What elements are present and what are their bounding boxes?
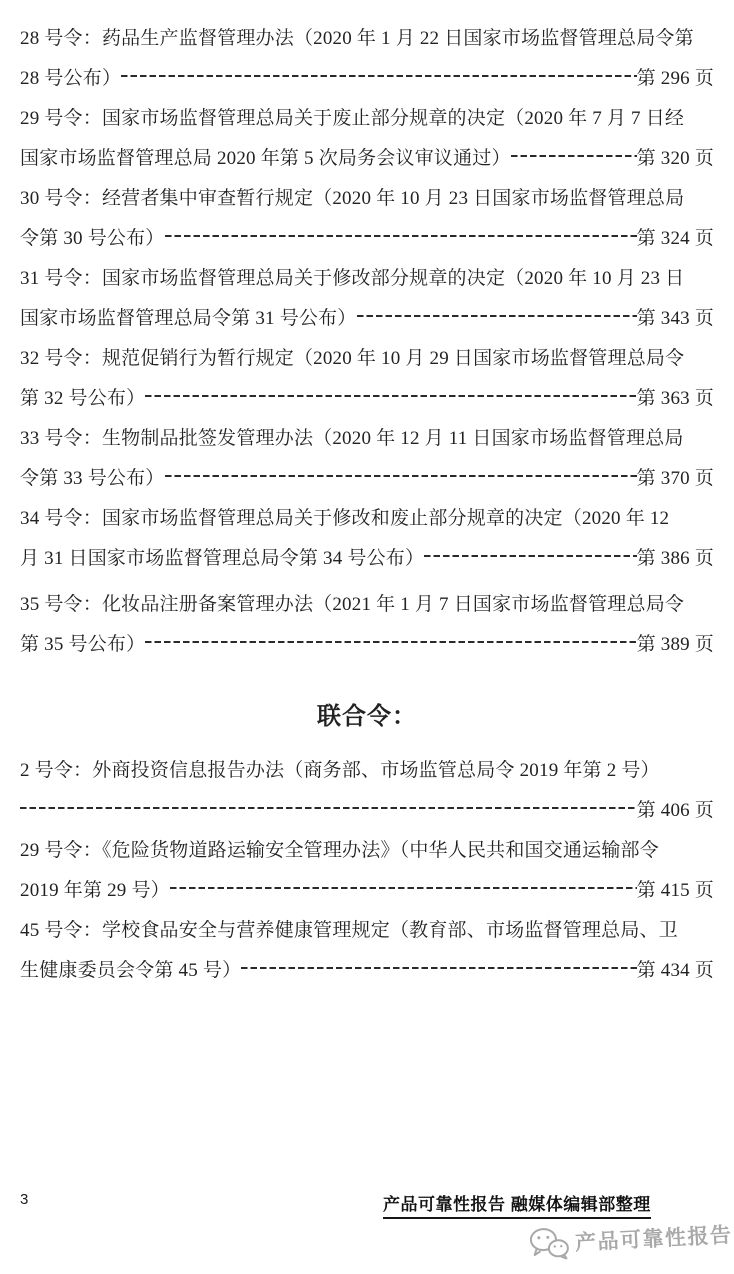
entry-text: 2 号令：外商投资信息报告办法（商务部、市场监管总局令 2019 年第 2 号） — [20, 755, 660, 782]
entry-text: 28 号令：药品生产监督管理办法（2020 年 1 月 22 日国家市场监督管理… — [20, 23, 694, 50]
wechat-icon — [528, 1225, 570, 1261]
dash-leader — [121, 75, 636, 77]
toc-line: 令第 30 号公布）第 324 页 — [20, 216, 714, 256]
toc-line: 29 号令：《危险货物道路运输安全管理办法》（中华人民共和国交通运输部令 — [20, 828, 714, 868]
page-ref: 第 296 页 — [637, 63, 714, 90]
entry-text: 国家市场监督管理总局 2020 年第 5 次局务会议审议通过） — [20, 143, 511, 170]
toc-line: 月 31 日国家市场监督管理总局令第 34 号公布）第 386 页 — [20, 536, 714, 576]
entry-text: 32 号令：规范促销行为暂行规定（2020 年 10 月 29 日国家市场监督管… — [20, 343, 684, 370]
toc-line: 35 号令：化妆品注册备案管理办法（2021 年 1 月 7 日国家市场监督管理… — [20, 582, 714, 622]
toc-line: 28 号令：药品生产监督管理办法（2020 年 1 月 22 日国家市场监督管理… — [20, 16, 714, 56]
toc-line: 28 号公布）第 296 页 — [20, 56, 714, 96]
toc-line: 国家市场监督管理总局令第 31 号公布）第 343 页 — [20, 296, 714, 336]
entry-text: 45 号令：学校食品安全与营养健康管理规定（教育部、市场监督管理总局、卫 — [20, 915, 678, 942]
toc-entry: 45 号令：学校食品安全与营养健康管理规定（教育部、市场监督管理总局、卫生健康委… — [20, 908, 714, 988]
toc-entry: 34 号令：国家市场监督管理总局关于修改和废止部分规章的决定（2020 年 12… — [20, 496, 714, 576]
page-ref: 第 363 页 — [637, 383, 714, 410]
page-ref: 第 389 页 — [637, 629, 714, 656]
entry-text: 国家市场监督管理总局令第 31 号公布） — [20, 303, 357, 330]
dash-leader — [511, 155, 637, 157]
section-heading: 联合令： — [20, 702, 714, 732]
toc-line: 第 406 页 — [20, 788, 714, 828]
entry-text: 35 号令：化妆品注册备案管理办法（2021 年 1 月 7 日国家市场监督管理… — [20, 589, 684, 616]
toc-entry: 30 号令：经营者集中审查暂行规定（2020 年 10 月 23 日国家市场监督… — [20, 176, 714, 256]
footer-credit: 产品可靠性报告 融媒体编辑部整理 — [383, 1190, 651, 1219]
toc-line: 29 号令：国家市场监督管理总局关于废止部分规章的决定（2020 年 7 月 7… — [20, 96, 714, 136]
dash-leader — [165, 235, 637, 237]
toc-entry: 32 号令：规范促销行为暂行规定（2020 年 10 月 29 日国家市场监督管… — [20, 336, 714, 416]
dash-leader — [241, 967, 636, 969]
toc-line: 34 号令：国家市场监督管理总局关于修改和废止部分规章的决定（2020 年 12 — [20, 496, 714, 536]
toc-line: 令第 33 号公布）第 370 页 — [20, 456, 714, 496]
document-page: 28 号令：药品生产监督管理办法（2020 年 1 月 22 日国家市场监督管理… — [0, 0, 734, 1274]
toc-line: 31 号令：国家市场监督管理总局关于修改部分规章的决定（2020 年 10 月 … — [20, 256, 714, 296]
toc-line: 32 号令：规范促销行为暂行规定（2020 年 10 月 29 日国家市场监督管… — [20, 336, 714, 376]
page-ref: 第 320 页 — [637, 143, 714, 170]
toc-entry: 29 号令：国家市场监督管理总局关于废止部分规章的决定（2020 年 7 月 7… — [20, 96, 714, 176]
toc-entry: 2 号令：外商投资信息报告办法（商务部、市场监管总局令 2019 年第 2 号）… — [20, 748, 714, 828]
dash-leader — [20, 807, 637, 809]
dash-leader — [145, 395, 636, 397]
toc-line: 45 号令：学校食品安全与营养健康管理规定（教育部、市场监督管理总局、卫 — [20, 908, 714, 948]
entry-text: 30 号令：经营者集中审查暂行规定（2020 年 10 月 23 日国家市场监督… — [20, 183, 684, 210]
page-ref: 第 324 页 — [637, 223, 714, 250]
entry-text: 28 号公布） — [20, 63, 121, 90]
page-ref: 第 370 页 — [637, 463, 714, 490]
entry-text: 第 35 号公布） — [20, 629, 145, 656]
page-number: 3 — [20, 1191, 28, 1208]
toc-entry: 31 号令：国家市场监督管理总局关于修改部分规章的决定（2020 年 10 月 … — [20, 256, 714, 336]
toc-line: 第 35 号公布）第 389 页 — [20, 622, 714, 662]
page-ref: 第 343 页 — [637, 303, 714, 330]
toc-line: 国家市场监督管理总局 2020 年第 5 次局务会议审议通过）第 320 页 — [20, 136, 714, 176]
toc-entry: 35 号令：化妆品注册备案管理办法（2021 年 1 月 7 日国家市场监督管理… — [20, 582, 714, 662]
dash-leader — [145, 641, 636, 643]
page-ref: 第 415 页 — [637, 875, 714, 902]
entry-text: 29 号令：《危险货物道路运输安全管理办法》（中华人民共和国交通运输部令 — [20, 835, 659, 862]
dash-leader — [170, 887, 637, 889]
toc-line: 生健康委员会令第 45 号）第 434 页 — [20, 948, 714, 988]
toc: 28 号令：药品生产监督管理办法（2020 年 1 月 22 日国家市场监督管理… — [20, 16, 714, 988]
toc-line: 2 号令：外商投资信息报告办法（商务部、市场监管总局令 2019 年第 2 号） — [20, 748, 714, 788]
entry-text: 月 31 日国家市场监督管理总局令第 34 号公布） — [20, 543, 424, 570]
page-ref: 第 386 页 — [637, 543, 714, 570]
entry-text: 2019 年第 29 号） — [20, 875, 170, 902]
toc-entry: 33 号令：生物制品批签发管理办法（2020 年 12 月 11 日国家市场监督… — [20, 416, 714, 496]
toc-line: 33 号令：生物制品批签发管理办法（2020 年 12 月 11 日国家市场监督… — [20, 416, 714, 456]
toc-line: 第 32 号公布）第 363 页 — [20, 376, 714, 416]
entry-text: 令第 30 号公布） — [20, 223, 165, 250]
toc-entry: 28 号令：药品生产监督管理办法（2020 年 1 月 22 日国家市场监督管理… — [20, 16, 714, 96]
dash-leader — [424, 555, 636, 557]
entry-text: 33 号令：生物制品批签发管理办法（2020 年 12 月 11 日国家市场监督… — [20, 423, 684, 450]
entry-text: 31 号令：国家市场监督管理总局关于修改部分规章的决定（2020 年 10 月 … — [20, 263, 684, 290]
entry-text: 29 号令：国家市场监督管理总局关于废止部分规章的决定（2020 年 7 月 7… — [20, 103, 684, 130]
entry-text: 第 32 号公布） — [20, 383, 145, 410]
page-ref: 第 434 页 — [637, 955, 714, 982]
toc-line: 2019 年第 29 号）第 415 页 — [20, 868, 714, 908]
toc-line: 30 号令：经营者集中审查暂行规定（2020 年 10 月 23 日国家市场监督… — [20, 176, 714, 216]
watermark: 产品可靠性报告 — [528, 1217, 733, 1262]
entry-text: 令第 33 号公布） — [20, 463, 165, 490]
entry-text: 生健康委员会令第 45 号） — [20, 955, 241, 982]
toc-entry: 29 号令：《危险货物道路运输安全管理办法》（中华人民共和国交通运输部令2019… — [20, 828, 714, 908]
page-ref: 第 406 页 — [637, 795, 714, 822]
watermark-label: 产品可靠性报告 — [574, 1219, 733, 1257]
dash-leader — [165, 475, 637, 477]
entry-text: 34 号令：国家市场监督管理总局关于修改和废止部分规章的决定（2020 年 12 — [20, 503, 669, 530]
dash-leader — [357, 315, 637, 317]
